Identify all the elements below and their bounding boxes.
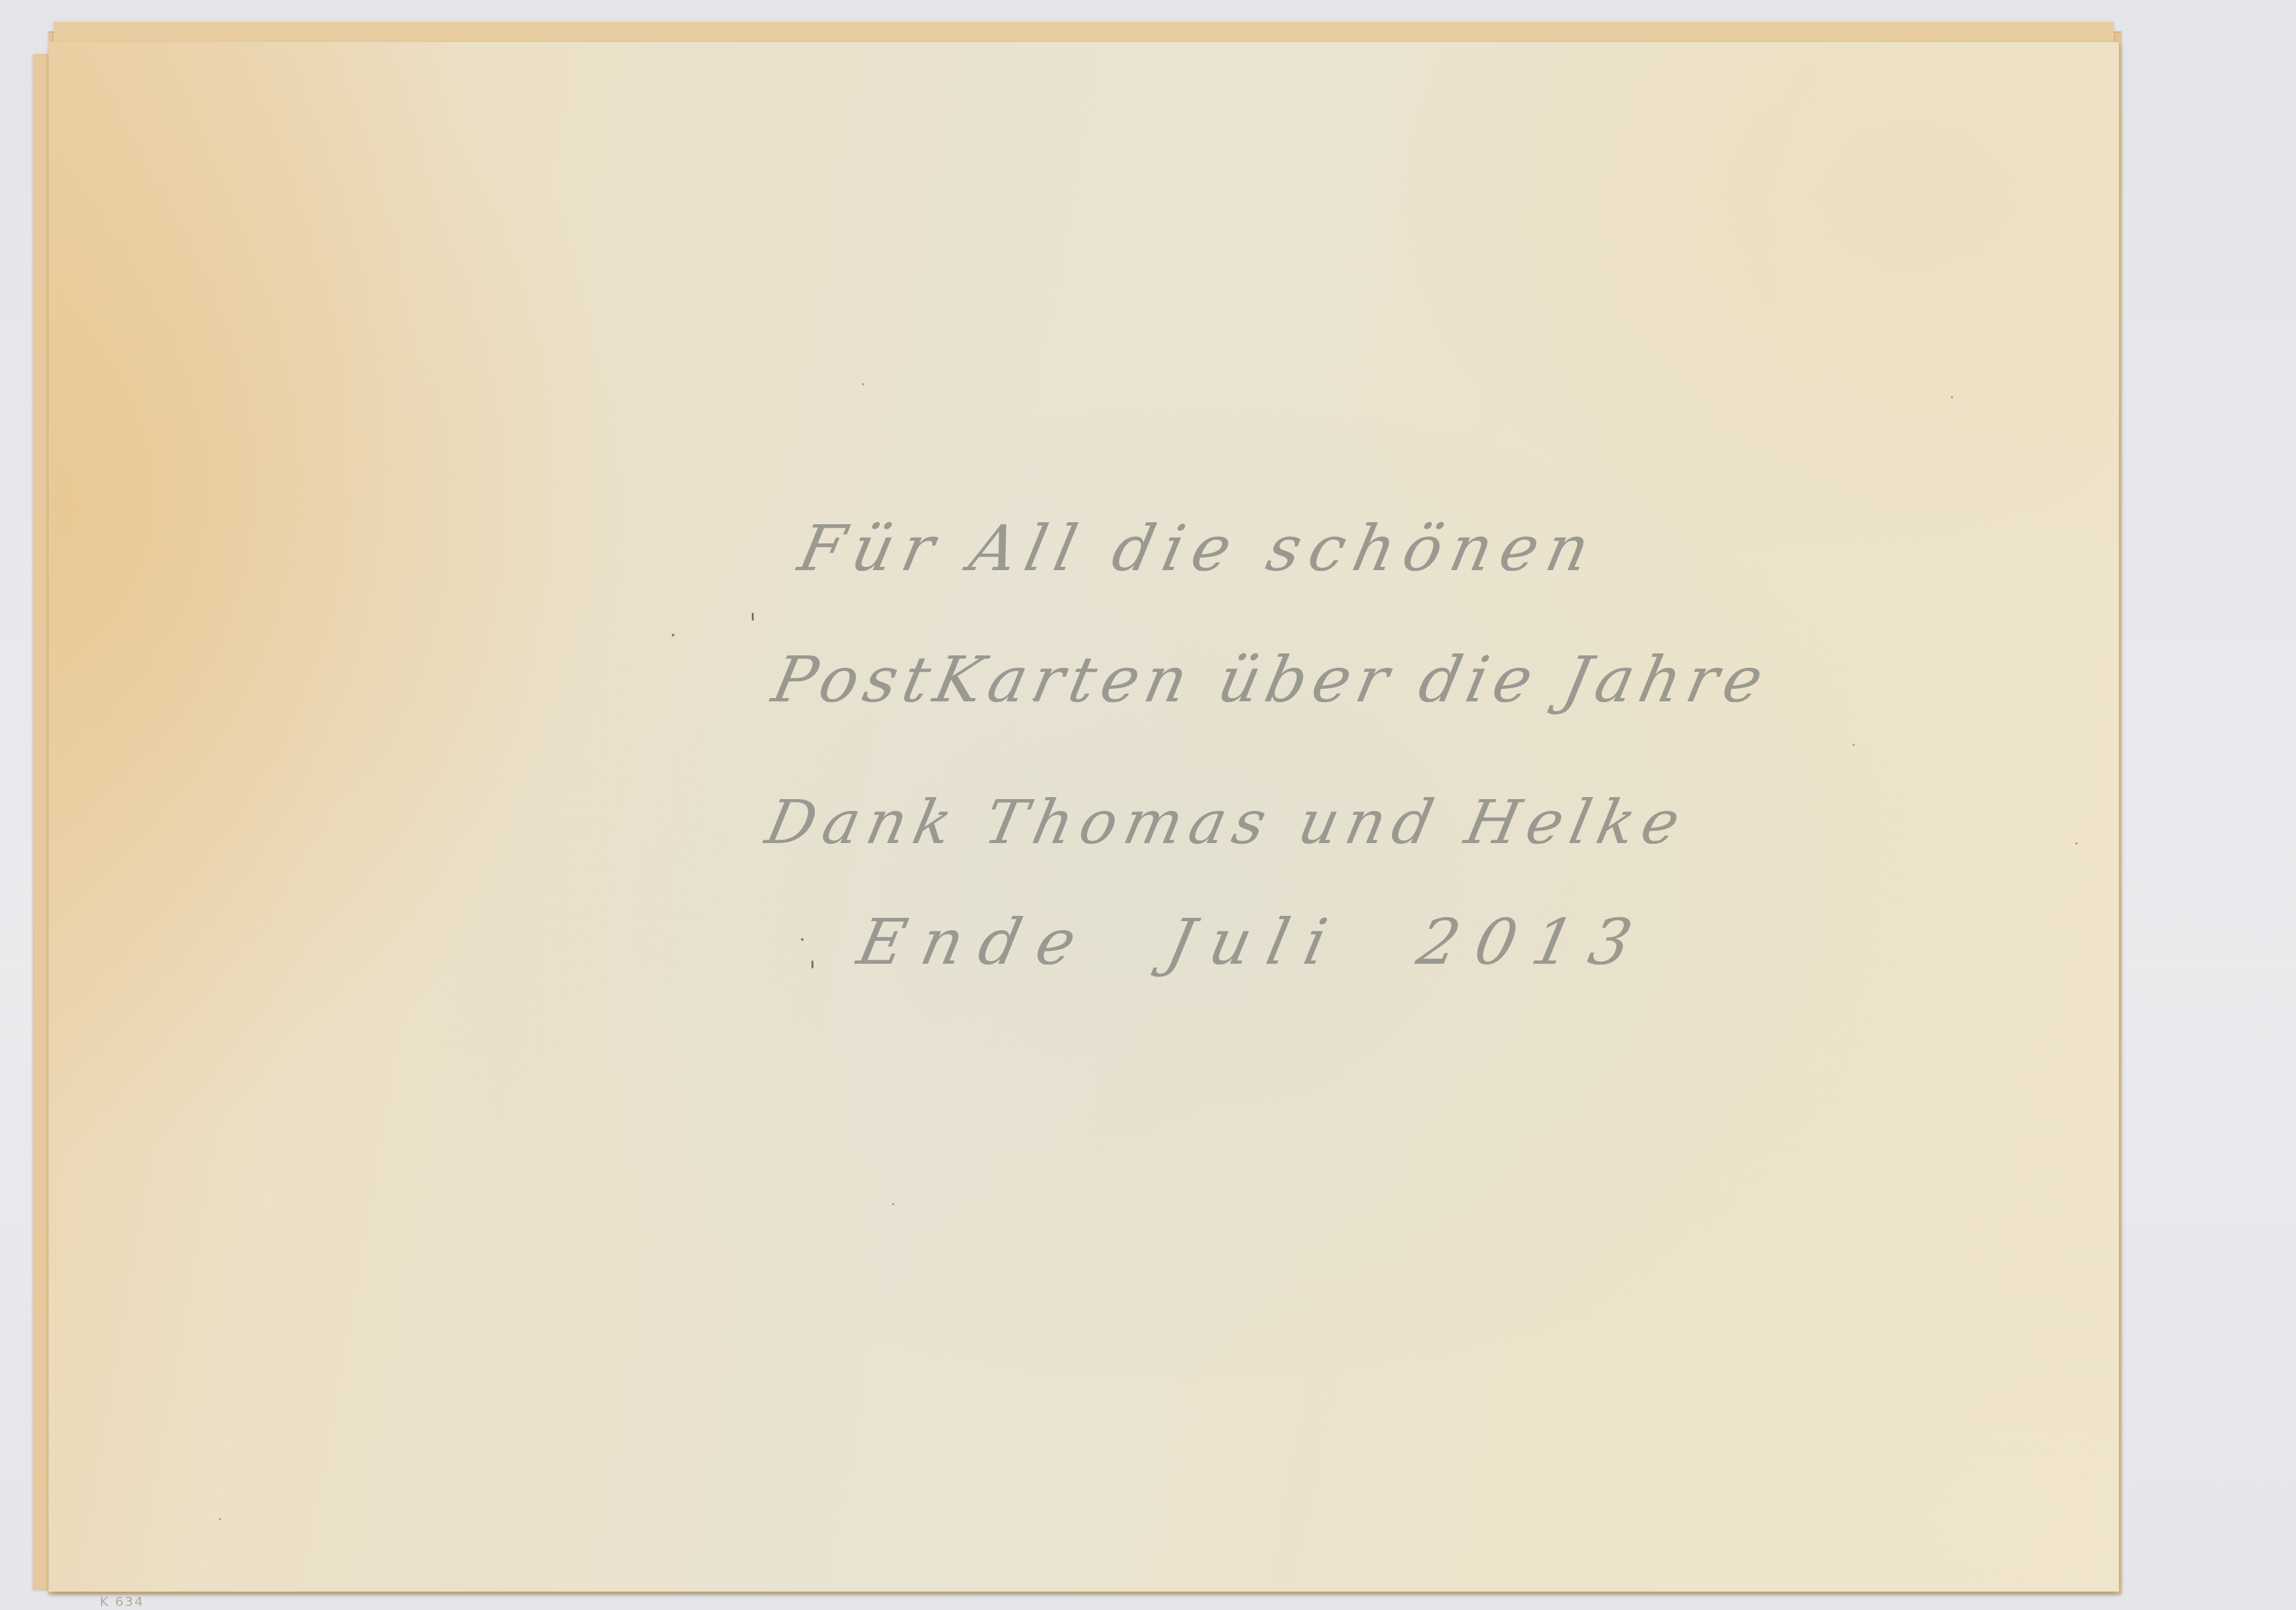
note-line-4: Ende Juli 2013: [851, 905, 1655, 979]
paper-speck: [801, 938, 804, 941]
note-line-1: Für All die schönen: [792, 512, 1605, 585]
note-line-3: Dank Thomas und Helke: [760, 787, 1694, 857]
paper-speck: [2076, 842, 2078, 844]
paper-speck: [892, 1203, 894, 1205]
paper-speck: [672, 634, 674, 636]
paper-speck: [1853, 744, 1855, 746]
paper-speck: [752, 613, 754, 621]
paper-speck: [1951, 396, 1953, 398]
paper-speck: [219, 1518, 221, 1520]
archive-corner-mark: K 634: [100, 1594, 144, 1609]
paper-speck: [811, 960, 813, 968]
paper-speck: [862, 383, 864, 385]
note-line-2: PostKarten über die Jahre: [766, 643, 1776, 716]
